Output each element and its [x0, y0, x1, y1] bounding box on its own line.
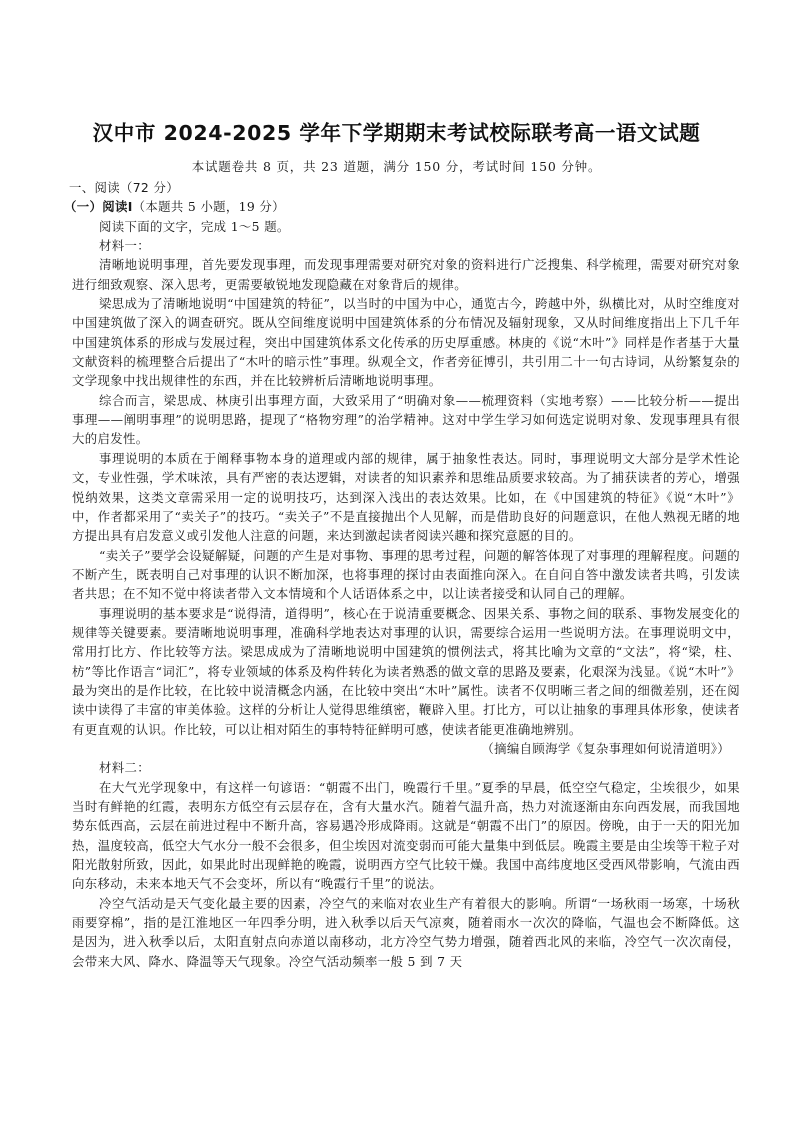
exam-content: 一、阅读（72 分） （一）阅读Ⅰ（本题共 5 小题，19 分） 阅读下面的文字… [72, 178, 740, 971]
material-2-label: 材料二： [72, 758, 740, 777]
material-1-label: 材料一： [72, 236, 740, 255]
material-2-paragraph: 在大气光学现象中，有这样一句谚语：“朝霞不出门，晚霞行千里。”夏季的早晨，低空空… [72, 778, 740, 894]
material-1-paragraph: “卖关子”要学会设疑解疑，问题的产生是对事物、事理的思考过程，问题的解答体现了对… [72, 546, 740, 604]
exam-title: 汉中市 2024-2025 学年下学期期末考试校际联考高一语文试题 [0, 116, 793, 146]
subsection-heading: （一）阅读Ⅰ（本题共 5 小题，19 分） [64, 197, 740, 216]
subsection-label: （一）阅读Ⅰ [64, 199, 133, 214]
material-1-paragraph: 事理说明的本质在于阐释事物本身的道理或内部的规律，属于抽象性表达。同时，事理说明… [72, 449, 740, 546]
instruction: 阅读下面的文字，完成 1～5 题。 [72, 217, 740, 236]
exam-page: 汉中市 2024-2025 学年下学期期末考试校际联考高一语文试题 本试题卷共 … [0, 0, 793, 1122]
subsection-note: （本题共 5 小题，19 分） [133, 199, 285, 214]
material-1-paragraph: 清晰地说明事理，首先要发现事理，而发现事理需要对研究对象的资料进行广泛搜集、科学… [72, 255, 740, 294]
exam-info: 本试题卷共 8 页，共 23 道题，满分 150 分，考试时间 150 分钟。 [0, 157, 793, 175]
material-1-paragraph: 事理说明的基本要求是“说得清，道得明”，核心在于说清重要概念、因果关系、事物之间… [72, 604, 740, 739]
section-heading: 一、阅读（72 分） [69, 178, 740, 197]
material-1-source: （摘编自顾海学《复杂事理如何说清道明》） [72, 739, 740, 758]
material-2-paragraph: 冷空气活动是天气变化最主要的因素，冷空气的来临对农业生产有着很大的影响。所谓“一… [72, 894, 740, 971]
material-1-paragraph: 综合而言，梁思成、林庚引出事理方面，大致采用了“明确对象——梳理资料（实地考察）… [72, 391, 740, 449]
material-1-paragraph: 梁思成为了清晰地说明“中国建筑的特征”，以当时的中国为中心，通览古今，跨越中外，… [72, 294, 740, 391]
